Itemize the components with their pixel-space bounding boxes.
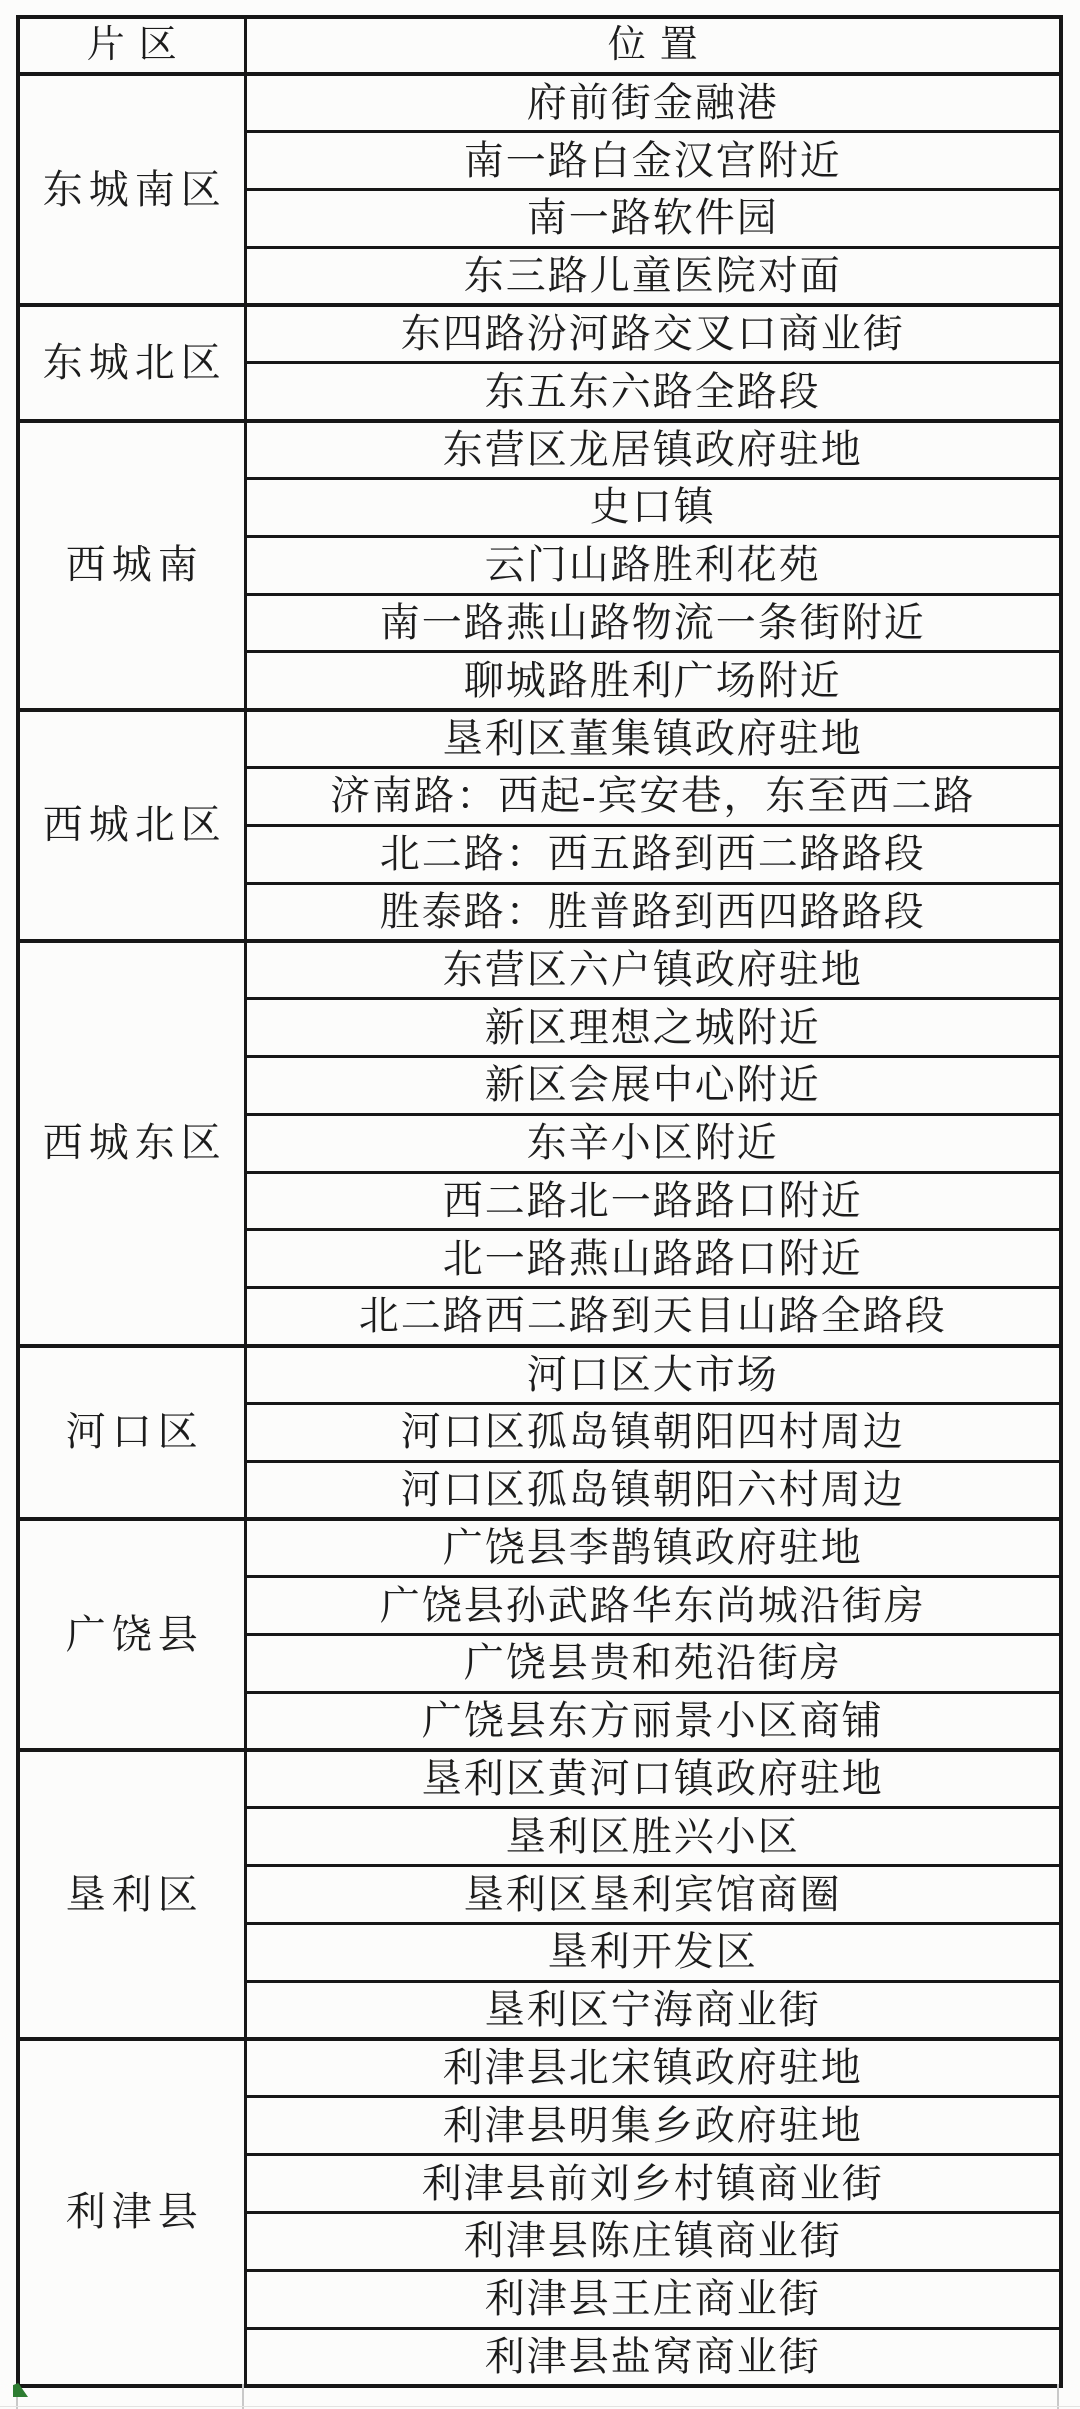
grid-continuation-line-bottom bbox=[0, 2406, 1080, 2407]
table-row: 利津县利津县北宋镇政府驻地 bbox=[18, 2039, 1061, 2097]
location-cell: 河口区孤岛镇朝阳六村周边 bbox=[245, 1461, 1061, 1519]
region-cell: 东城北区 bbox=[18, 305, 245, 421]
location-cell: 东辛小区附近 bbox=[245, 1114, 1061, 1172]
location-cell: 南一路软件园 bbox=[245, 190, 1061, 248]
location-cell: 东营区龙居镇政府驻地 bbox=[245, 421, 1061, 479]
location-cell: 垦利区垦利宾馆商圈 bbox=[245, 1866, 1061, 1924]
location-cell: 垦利区董集镇政府驻地 bbox=[245, 710, 1061, 768]
location-cell: 广饶县李鹊镇政府驻地 bbox=[245, 1519, 1061, 1577]
location-cell: 垦利区胜兴小区 bbox=[245, 1808, 1061, 1866]
region-cell: 河口区 bbox=[18, 1346, 245, 1519]
location-cell: 西二路北一路路口附近 bbox=[245, 1172, 1061, 1230]
table-row: 东城北区东四路汾河路交叉口商业街 bbox=[18, 305, 1061, 363]
location-cell: 云门山路胜利花苑 bbox=[245, 536, 1061, 594]
region-cell: 西城北区 bbox=[18, 710, 245, 941]
table-row: 广饶县广饶县李鹊镇政府驻地 bbox=[18, 1519, 1061, 1577]
location-cell: 胜泰路：胜普路到西四路路段 bbox=[245, 883, 1061, 941]
district-location-table: 片区 位置 东城南区府前街金融港南一路白金汉宫附近南一路软件园东三路儿童医院对面… bbox=[16, 15, 1063, 2388]
table-row: 垦利区垦利区黄河口镇政府驻地 bbox=[18, 1750, 1061, 1808]
location-cell: 南一路白金汉宫附近 bbox=[245, 132, 1061, 190]
location-cell: 史口镇 bbox=[245, 479, 1061, 537]
scanned-table-page: 片区 位置 东城南区府前街金融港南一路白金汉宫附近南一路软件园东三路儿童医院对面… bbox=[0, 0, 1080, 2409]
table-row: 西城东区东营区六户镇政府驻地 bbox=[18, 941, 1061, 999]
location-cell: 东营区六户镇政府驻地 bbox=[245, 941, 1061, 999]
region-cell: 垦利区 bbox=[18, 1750, 245, 2039]
table-row: 东城南区府前街金融港 bbox=[18, 74, 1061, 132]
location-cell: 利津县盐窝商业街 bbox=[245, 2328, 1061, 2386]
location-cell: 济南路：西起-宾安巷，东至西二路 bbox=[245, 768, 1061, 826]
location-cell: 利津县前刘乡村镇商业街 bbox=[245, 2155, 1061, 2213]
location-cell: 垦利开发区 bbox=[245, 1924, 1061, 1982]
location-cell: 河口区大市场 bbox=[245, 1346, 1061, 1404]
location-cell: 利津县陈庄镇商业街 bbox=[245, 2212, 1061, 2270]
location-cell: 南一路燕山路物流一条街附近 bbox=[245, 594, 1061, 652]
location-cell: 聊城路胜利广场附近 bbox=[245, 652, 1061, 710]
location-cell: 东五东六路全路段 bbox=[245, 363, 1061, 421]
location-cell: 府前街金融港 bbox=[245, 74, 1061, 132]
location-cell: 北一路燕山路路口附近 bbox=[245, 1230, 1061, 1288]
location-cell: 垦利区黄河口镇政府驻地 bbox=[245, 1750, 1061, 1808]
location-cell: 利津县王庄商业街 bbox=[245, 2270, 1061, 2328]
location-cell: 新区会展中心附近 bbox=[245, 1057, 1061, 1115]
location-cell: 东三路儿童医院对面 bbox=[245, 247, 1061, 305]
location-cell: 利津县北宋镇政府驻地 bbox=[245, 2039, 1061, 2097]
table-row: 西城南东营区龙居镇政府驻地 bbox=[18, 421, 1061, 479]
table-header-row: 片区 位置 bbox=[18, 17, 1061, 74]
header-cell-location: 位置 bbox=[245, 17, 1061, 74]
location-cell: 河口区孤岛镇朝阳四村周边 bbox=[245, 1403, 1061, 1461]
location-cell: 北二路：西五路到西二路路段 bbox=[245, 825, 1061, 883]
location-cell: 新区理想之城附近 bbox=[245, 999, 1061, 1057]
region-cell: 利津县 bbox=[18, 2039, 245, 2386]
header-cell-region: 片区 bbox=[18, 17, 245, 74]
table-body: 东城南区府前街金融港南一路白金汉宫附近南一路软件园东三路儿童医院对面东城北区东四… bbox=[18, 74, 1061, 2386]
region-cell: 西城东区 bbox=[18, 941, 245, 1346]
location-cell: 广饶县贵和苑沿街房 bbox=[245, 1635, 1061, 1693]
location-cell: 垦利区宁海商业街 bbox=[245, 1981, 1061, 2039]
location-cell: 广饶县孙武路华东尚城沿街房 bbox=[245, 1577, 1061, 1635]
location-cell: 利津县明集乡政府驻地 bbox=[245, 2097, 1061, 2155]
location-cell: 东四路汾河路交叉口商业街 bbox=[245, 305, 1061, 363]
table-row: 西城北区垦利区董集镇政府驻地 bbox=[18, 710, 1061, 768]
location-cell: 北二路西二路到天目山路全路段 bbox=[245, 1288, 1061, 1346]
location-cell: 广饶县东方丽景小区商铺 bbox=[245, 1692, 1061, 1750]
region-cell: 广饶县 bbox=[18, 1519, 245, 1750]
region-cell: 东城南区 bbox=[18, 74, 245, 305]
table-row: 河口区河口区大市场 bbox=[18, 1346, 1061, 1404]
region-cell: 西城南 bbox=[18, 421, 245, 710]
